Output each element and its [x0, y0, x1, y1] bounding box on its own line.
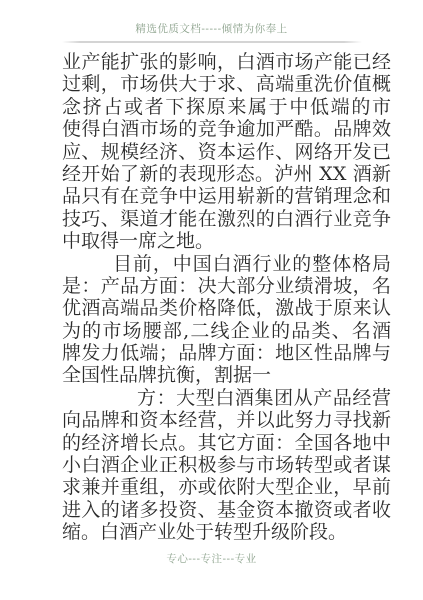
text-line: 经开始了新的表现形态。泸州 XX 酒新: [62, 163, 391, 185]
text-line: 向品牌和资本经营，并以此努力寻找新: [62, 409, 391, 431]
text-line: 方：大型白酒集团从产品经营走: [62, 387, 391, 409]
text-line: 目前，中国白酒行业的整体格局: [62, 253, 391, 275]
text-line: 优酒高端品类价格降低，激战于原来认: [62, 297, 391, 319]
text-line: 全国性品牌抗衡，割据一: [62, 364, 391, 386]
document-body: 业产能扩张的影响，白酒市场产能已经 过剩，市场供大于求、高端重洗价值概 念挤占或…: [62, 51, 391, 544]
text-line: 念挤占或者下探原来属于中低端的市场，: [62, 96, 391, 118]
text-line: 牌发力低端；品牌方面：地区性品牌与: [62, 342, 391, 364]
header-divider-line: [62, 41, 362, 43]
text-line: 缩。白酒产业处于转型升级阶段。: [62, 521, 391, 543]
text-line: 应、规模经济、资本运作、网络开发已: [62, 141, 391, 163]
text-line: 使得白酒市场的竞争逾加严酷。品牌效: [62, 118, 391, 140]
text-line: 进入的诸多投资、基金资本撤资或者收: [62, 499, 391, 521]
text-line: 中取得一席之地。: [62, 230, 391, 252]
text-line: 是：产品方面：决大部分业绩滑坡，名: [62, 275, 391, 297]
text-line: 小白酒企业正积极参与市场转型或者谋: [62, 454, 391, 476]
text-line: 品只有在竞争中运用崭新的营销理念和: [62, 185, 391, 207]
text-line: 求兼并重组，亦或依附大型企业，早前: [62, 476, 391, 498]
text-line: 过剩，市场供大于求、高端重洗价值概: [62, 73, 391, 95]
footer-watermark-text: 专心---专注---专业: [0, 551, 423, 566]
text-line: 为的市场腰部,二线企业的品类、名酒贴: [62, 320, 391, 342]
document-page: 精选优质文档-----倾情为你奉上 业产能扩张的影响，白酒市场产能已经 过剩，市…: [0, 0, 423, 600]
text-line: 的经济增长点。其它方面：全国各地中: [62, 432, 391, 454]
header-watermark-text: 精选优质文档-----倾情为你奉上: [0, 21, 423, 36]
text-line: 业产能扩张的影响，白酒市场产能已经: [62, 51, 391, 73]
text-line: 技巧、渠道才能在激烈的白酒行业竞争: [62, 208, 391, 230]
